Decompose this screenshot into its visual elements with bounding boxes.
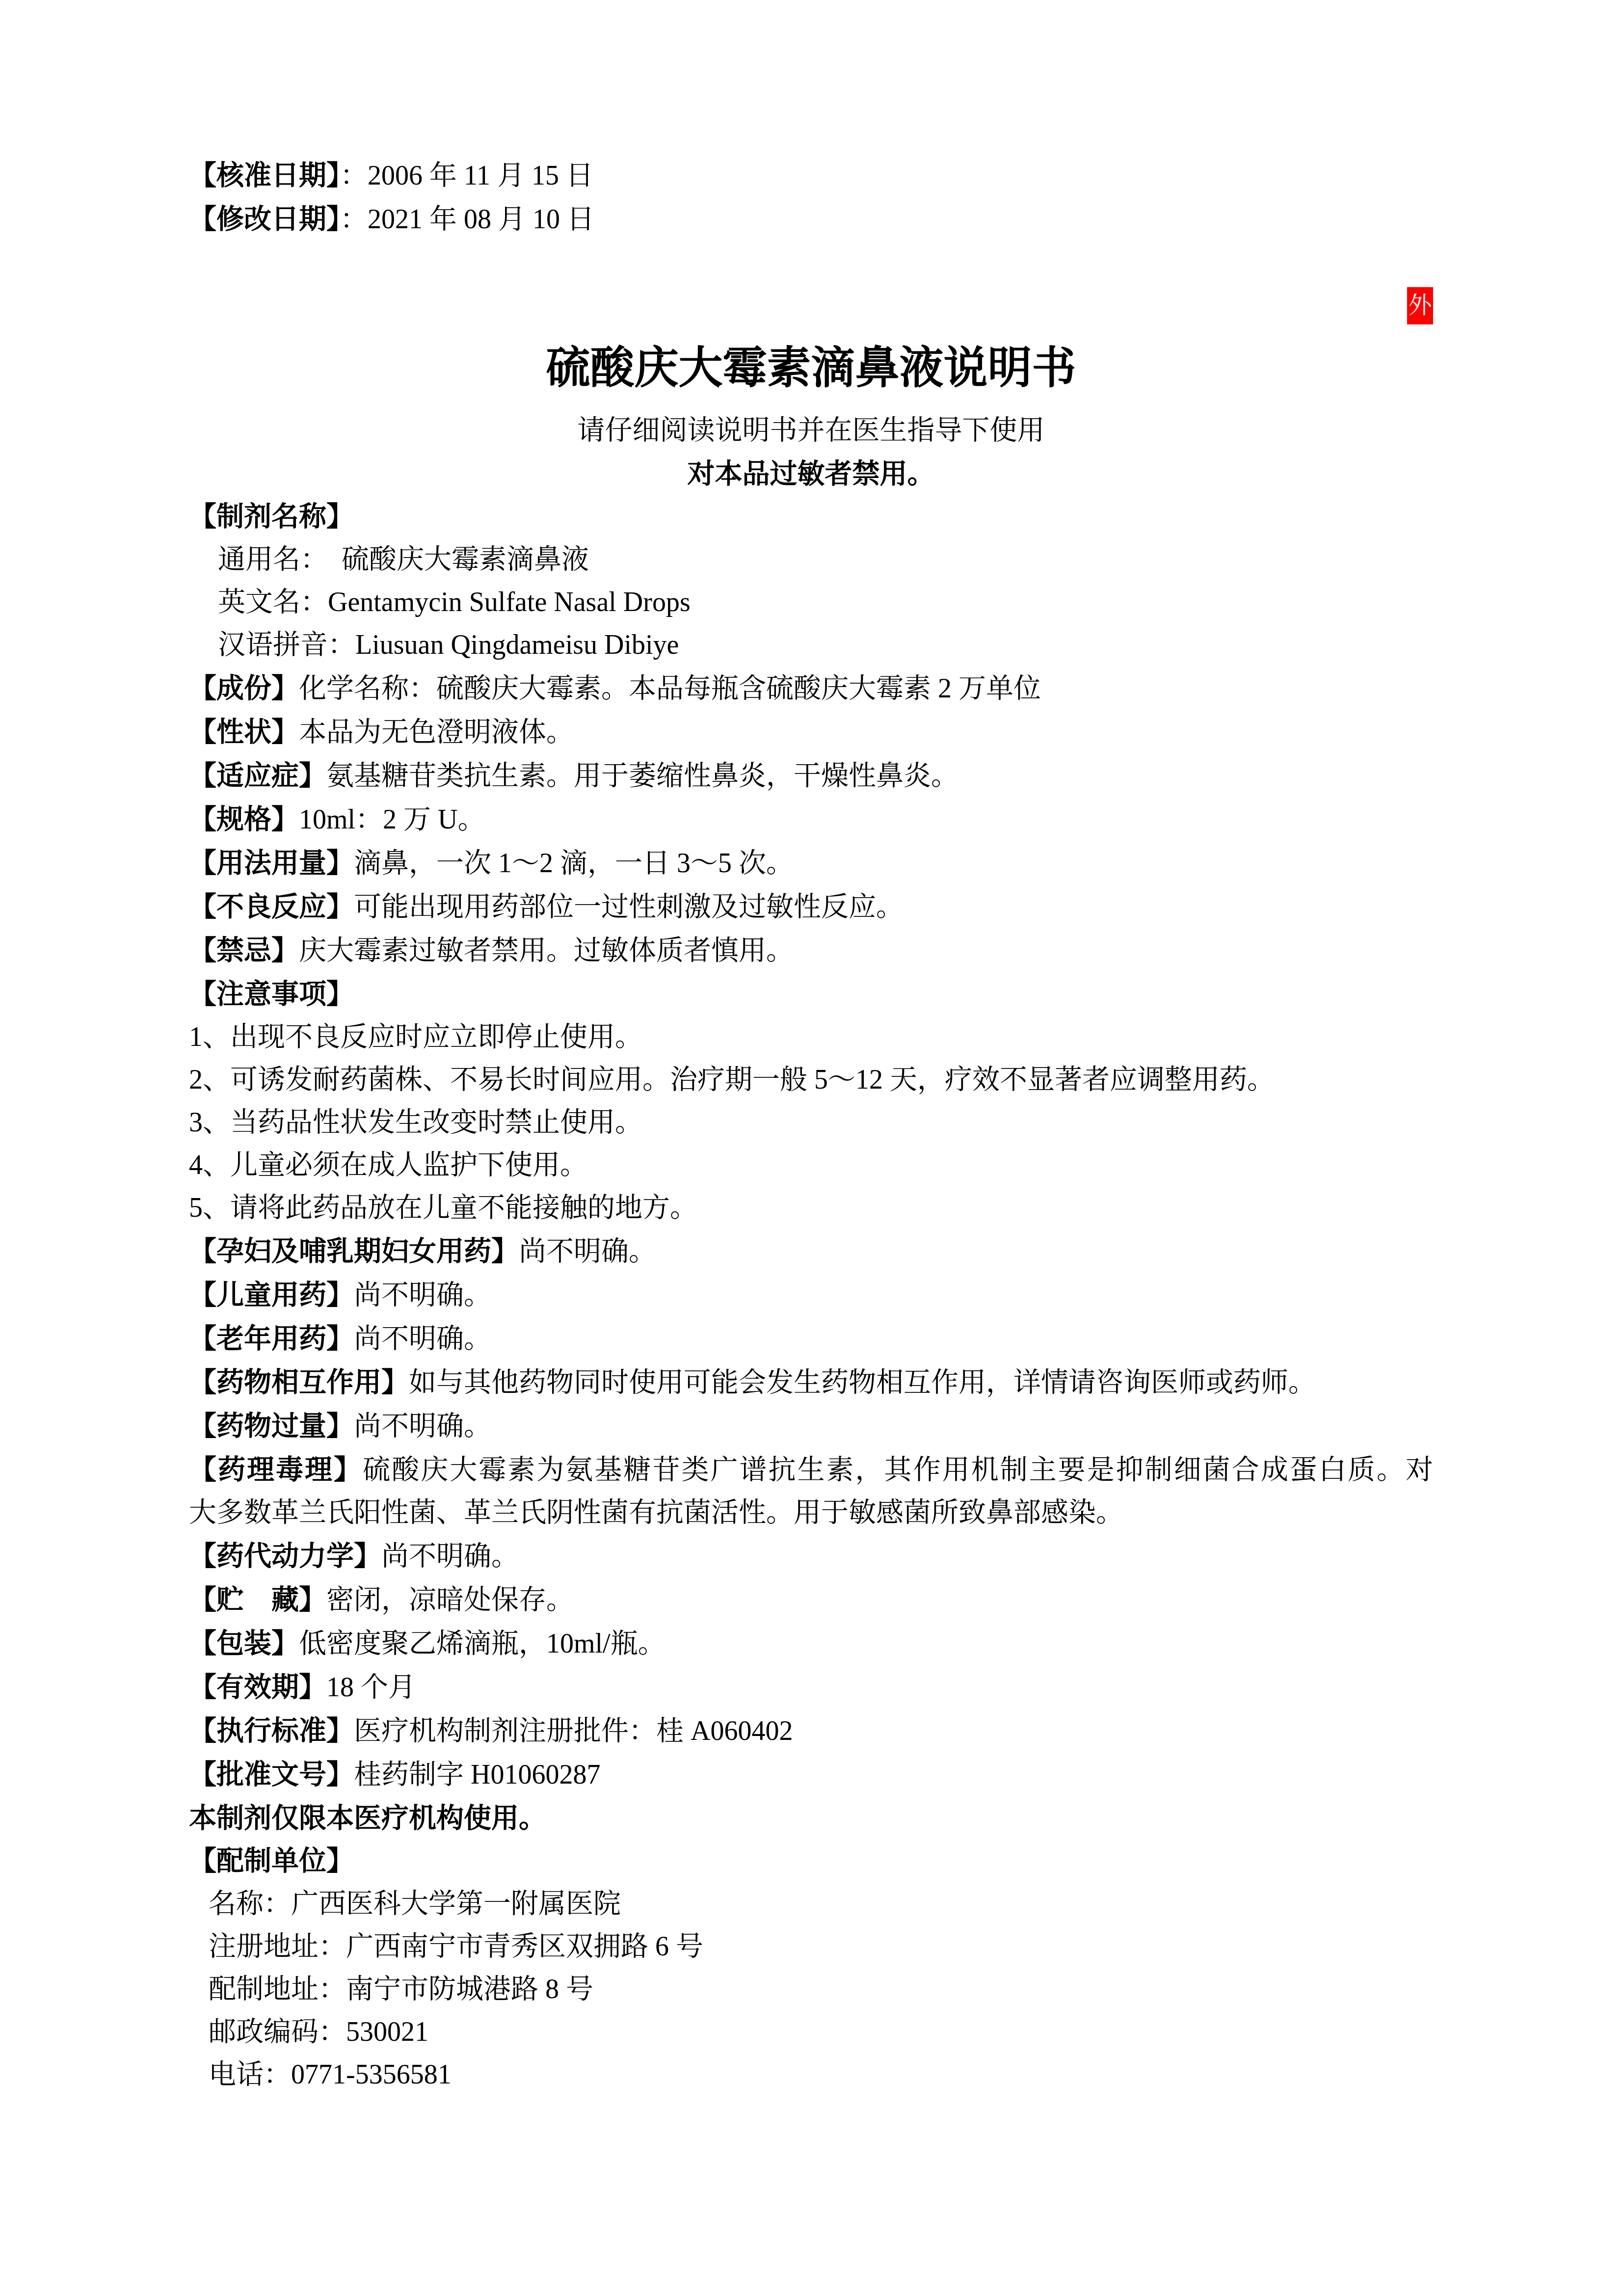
badge-line: 外 <box>189 282 1433 325</box>
producer-name-value: 广西医科大学第一附属医院 <box>291 1889 621 1919</box>
section-precautions-heading: 【注意事项】 <box>189 972 1433 1016</box>
section-validity: 【有效期】18 个月 <box>189 1665 1433 1709</box>
adverse-reactions-value: 可能出现用药部位一过性刺激及过敏性反应。 <box>354 892 904 922</box>
generic-name-label: 通用名： <box>218 544 314 575</box>
precaution-item-4-text: 4、儿童必须在成人监护下使用。 <box>189 1150 587 1180</box>
section-overdose: 【药物过量】尚不明确。 <box>189 1404 1433 1448</box>
section-pharmacology: 【药理毒理】硫酸庆大霉素为氨基糖苷类广谱抗生素，其作用机制主要是抑制细菌合成蛋白… <box>189 1448 1433 1492</box>
precaution-item-3-text: 3、当药品性状发生改变时禁止使用。 <box>189 1107 642 1138</box>
phone-line: 电话：0771-5356581 <box>189 2054 1433 2096</box>
postal-code-line: 邮政编码：530021 <box>189 2011 1433 2054</box>
specification-value: 10ml：2 万 U。 <box>299 804 485 835</box>
external-use-badge: 外 <box>1407 287 1433 324</box>
read-instruction-subtitle: 请仔细阅读说明书并在医生指导下使用 <box>189 409 1433 452</box>
revision-date-label: 【修改日期】 <box>189 203 340 234</box>
interactions-value: 如与其他药物同时使用可能会发生药物相互作用，详情请咨询医师或药师。 <box>409 1367 1316 1398</box>
section-indications: 【适应症】氨基糖苷类抗生素。用于萎缩性鼻炎，干燥性鼻炎。 <box>189 754 1433 798</box>
precaution-item-5: 5、请将此药品放在儿童不能接触的地方。 <box>189 1187 1433 1229</box>
storage-label: 【贮 藏】 <box>189 1584 326 1615</box>
section-producer-heading: 【配制单位】 <box>189 1839 1433 1883</box>
postal-code-label: 邮政编码： <box>209 2017 346 2047</box>
precautions-heading-label: 【注意事项】 <box>189 978 354 1009</box>
pharmacology-line1: 硫酸庆大霉素为氨基糖苷类广谱抗生素，其作用机制主要是抑制细菌合成蛋白质。对 <box>363 1455 1433 1485</box>
specification-label: 【规格】 <box>189 803 299 834</box>
registered-address-value: 广西南宁市青秀区双拥路 6 号 <box>346 1931 703 1962</box>
precaution-item-5-text: 5、请将此药品放在儿童不能接触的地方。 <box>189 1193 697 1223</box>
registered-address-line: 注册地址：广西南宁市青秀区双拥路 6 号 <box>189 1925 1433 1968</box>
section-pregnancy: 【孕妇及哺乳期妇女用药】尚不明确。 <box>189 1229 1433 1273</box>
producer-heading-label: 【配制单位】 <box>189 1845 354 1876</box>
character-value: 本品为无色澄明液体。 <box>299 717 574 748</box>
pinyin-name-label: 汉语拼音： <box>218 630 355 660</box>
postal-code-value: 530021 <box>346 2017 428 2047</box>
precaution-item-3: 3、当药品性状发生改变时禁止使用。 <box>189 1101 1433 1144</box>
dosage-value: 滴鼻，一次 1～2 滴，一日 3～5 次。 <box>354 848 794 879</box>
pregnancy-label: 【孕妇及哺乳期妇女用药】 <box>189 1235 519 1266</box>
english-name-line: 英文名：Gentamycin Sulfate Nasal Drops <box>189 581 1433 624</box>
approval-date-label: 【核准日期】 <box>189 160 340 190</box>
children-value: 尚不明确。 <box>354 1280 491 1310</box>
pharmacokinetics-value: 尚不明确。 <box>381 1541 519 1572</box>
revision-date-value: ：2021 年 08 月 10 日 <box>340 204 594 235</box>
precaution-item-1: 1、出现不良反应时应立即停止使用。 <box>189 1016 1433 1059</box>
indications-value: 氨基糖苷类抗生素。用于萎缩性鼻炎，干燥性鼻炎。 <box>326 761 958 791</box>
document-page: 【核准日期】：2006 年 11 月 15 日 【修改日期】：2021 年 08… <box>0 0 1623 2296</box>
section-storage: 【贮 藏】密闭，凉暗处保存。 <box>189 1578 1433 1622</box>
adverse-reactions-label: 【不良反应】 <box>189 891 354 922</box>
elderly-label: 【老年用药】 <box>189 1323 354 1354</box>
storage-value: 密闭，凉暗处保存。 <box>326 1585 574 1615</box>
section-contraindications: 【禁忌】庆大霉素过敏者禁用。过敏体质者慎用。 <box>189 929 1433 972</box>
approval-number-label: 【批准文号】 <box>189 1759 354 1789</box>
phone-value: 0771-5356581 <box>291 2059 452 2090</box>
packaging-value: 低密度聚乙烯滴瓶，10ml/瓶。 <box>299 1629 665 1659</box>
validity-label: 【有效期】 <box>189 1671 326 1702</box>
contraindications-label: 【禁忌】 <box>189 934 299 965</box>
document-title: 硫酸庆大霉素滴鼻液说明书 <box>189 332 1433 405</box>
english-name-label: 英文名： <box>218 587 328 617</box>
composition-value: 化学名称：硫酸庆大霉素。本品每瓶含硫酸庆大霉素 2 万单位 <box>299 673 1041 704</box>
restriction-note: 本制剂仅限本医疗机构使用。 <box>189 1796 1433 1839</box>
indications-label: 【适应症】 <box>189 760 326 791</box>
revision-date-line: 【修改日期】：2021 年 08 月 10 日 <box>189 197 1433 241</box>
overdose-label: 【药物过量】 <box>189 1410 354 1441</box>
generic-name-value: 硫酸庆大霉素滴鼻液 <box>314 544 589 575</box>
section-pharmacokinetics: 【药代动力学】尚不明确。 <box>189 1534 1433 1578</box>
standard-label: 【执行标准】 <box>189 1715 354 1746</box>
approval-date-value: ：2006 年 11 月 15 日 <box>340 160 593 191</box>
precaution-item-2-text: 2、可诱发耐药菌株、不易长时间应用。治疗期一般 5～12 天，疗效不显著者应调整… <box>189 1065 1275 1095</box>
character-label: 【性状】 <box>189 716 299 747</box>
composition-label: 【成份】 <box>189 672 299 703</box>
section-specification: 【规格】10ml：2 万 U。 <box>189 798 1433 841</box>
section-composition: 【成份】化学名称：硫酸庆大霉素。本品每瓶含硫酸庆大霉素 2 万单位 <box>189 667 1433 710</box>
standard-value: 医疗机构制剂注册批件：桂 A060402 <box>354 1716 793 1746</box>
registered-address-label: 注册地址： <box>209 1931 346 1962</box>
section-dosage: 【用法用量】滴鼻，一次 1～2 滴，一日 3～5 次。 <box>189 841 1433 885</box>
validity-value: 18 个月 <box>326 1672 416 1703</box>
section-adverse-reactions: 【不良反应】可能出现用药部位一过性刺激及过敏性反应。 <box>189 885 1433 929</box>
pharmacology-continued: 大多数革兰氏阳性菌、革兰氏阴性菌有抗菌活性。用于敏感菌所致鼻部感染。 <box>189 1492 1433 1534</box>
contraindications-value: 庆大霉素过敏者禁用。过敏体质者慎用。 <box>299 935 794 966</box>
phone-label: 电话： <box>209 2059 291 2090</box>
pharmacology-label: 【药理毒理】 <box>189 1454 363 1485</box>
section-character: 【性状】本品为无色澄明液体。 <box>189 710 1433 754</box>
pregnancy-value: 尚不明确。 <box>519 1236 656 1267</box>
pinyin-name-value: Liusuan Qingdameisu Dibiye <box>355 630 679 660</box>
pharmacokinetics-label: 【药代动力学】 <box>189 1540 381 1571</box>
section-approval-number: 【批准文号】桂药制字 H01060287 <box>189 1753 1433 1796</box>
preparation-name-heading-label: 【制剂名称】 <box>189 501 354 532</box>
section-elderly: 【老年用药】尚不明确。 <box>189 1317 1433 1361</box>
preparation-address-value: 南宁市防城港路 8 号 <box>346 1974 593 2004</box>
preparation-address-label: 配制地址： <box>209 1974 346 2004</box>
section-children: 【儿童用药】尚不明确。 <box>189 1273 1433 1317</box>
approval-date-line: 【核准日期】：2006 年 11 月 15 日 <box>189 154 1433 197</box>
producer-name-label: 名称： <box>209 1889 291 1919</box>
section-standard: 【执行标准】医疗机构制剂注册批件：桂 A060402 <box>189 1709 1433 1753</box>
section-interactions: 【药物相互作用】如与其他药物同时使用可能会发生药物相互作用，详情请咨询医师或药师… <box>189 1361 1433 1404</box>
children-label: 【儿童用药】 <box>189 1279 354 1310</box>
precaution-item-1-text: 1、出现不良反应时应立即停止使用。 <box>189 1022 642 1052</box>
precaution-item-2: 2、可诱发耐药菌株、不易长时间应用。治疗期一般 5～12 天，疗效不显著者应调整… <box>189 1059 1433 1101</box>
pharmacology-line2: 大多数革兰氏阳性菌、革兰氏阴性菌有抗菌活性。用于敏感菌所致鼻部感染。 <box>189 1497 1123 1528</box>
section-preparation-name-heading: 【制剂名称】 <box>189 495 1433 538</box>
precaution-item-4: 4、儿童必须在成人监护下使用。 <box>189 1144 1433 1187</box>
overdose-value: 尚不明确。 <box>354 1411 491 1442</box>
elderly-value: 尚不明确。 <box>354 1324 491 1354</box>
pinyin-name-line: 汉语拼音：Liusuan Qingdameisu Dibiye <box>189 624 1433 667</box>
english-name-value: Gentamycin Sulfate Nasal Drops <box>328 587 691 617</box>
producer-name-line: 名称：广西医科大学第一附属医院 <box>189 1883 1433 1925</box>
dosage-label: 【用法用量】 <box>189 847 354 878</box>
interactions-label: 【药物相互作用】 <box>189 1366 409 1397</box>
generic-name-line: 通用名： 硫酸庆大霉素滴鼻液 <box>189 538 1433 581</box>
allergy-warning: 对本品过敏者禁用。 <box>189 452 1433 495</box>
approval-number-value: 桂药制字 H01060287 <box>354 1760 600 1790</box>
preparation-address-line: 配制地址：南宁市防城港路 8 号 <box>189 1968 1433 2011</box>
section-packaging: 【包装】低密度聚乙烯滴瓶，10ml/瓶。 <box>189 1622 1433 1665</box>
packaging-label: 【包装】 <box>189 1628 299 1658</box>
